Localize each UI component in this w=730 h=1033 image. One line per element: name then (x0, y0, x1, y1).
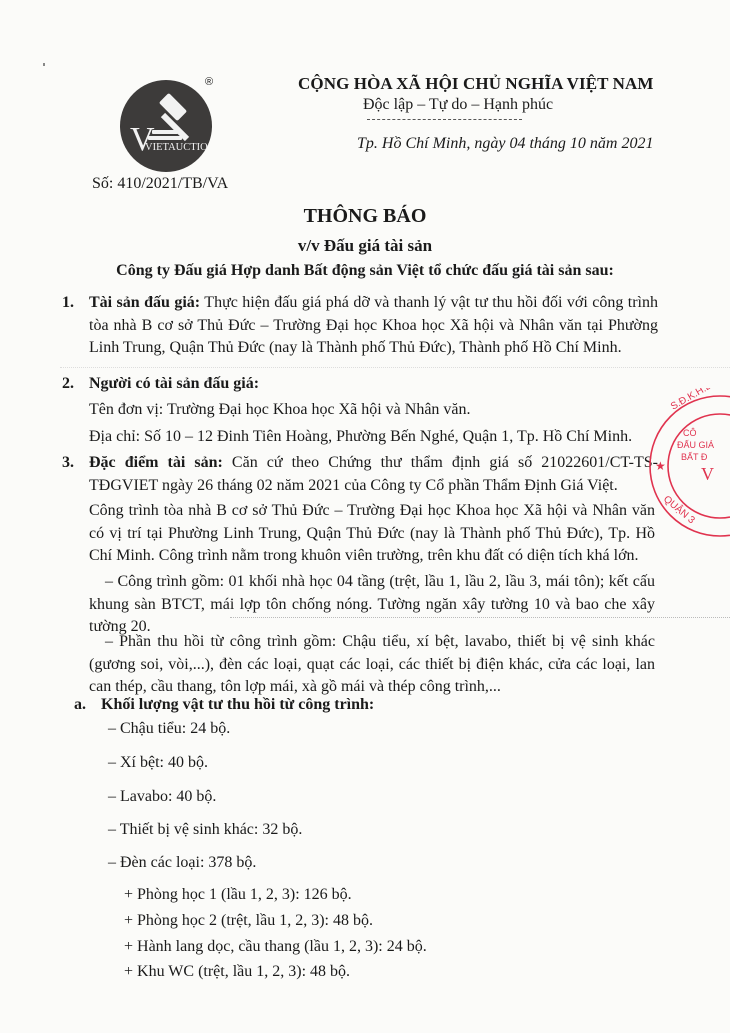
svg-text:VIETAUCTION: VIETAUCTION (145, 142, 212, 153)
section-2: 2. Người có tài sản đấu giá: (62, 373, 658, 396)
svg-text:S.Đ.K.H.Đ: 410: S.Đ.K.H.Đ: 410 (669, 388, 730, 413)
list-item: – Đèn các loại: 378 bộ. (108, 854, 256, 872)
seal-icon: S.Đ.K.H.Đ: 410 CÔ ĐẤU GIÁ BẤT Đ V ★ QUẬN… (645, 388, 730, 538)
owner-address: Địa chỉ: Số 10 – 12 Đinh Tiên Hoàng, Phư… (89, 426, 655, 449)
section-label: Tài sản đấu giá: (89, 294, 200, 311)
property-description: Công trình tòa nhà B cơ sở Thủ Đức – Trư… (89, 500, 655, 568)
scan-artifact (60, 367, 730, 368)
document-intro: Công ty Đấu giá Hợp danh Bất động sản Vi… (0, 262, 730, 280)
scan-speck (43, 63, 45, 66)
national-motto: Độc lập – Tự do – Hạnh phúc (363, 96, 553, 114)
sub-list-item: + Phòng học 2 (trệt, lầu 1, 2, 3): 48 bộ… (124, 912, 373, 930)
registered-mark: ® (205, 76, 213, 88)
motto-divider (367, 119, 522, 120)
sub-list-item: + Hành lang dọc, cầu thang (lầu 1, 2, 3)… (124, 938, 427, 956)
section-number: 3. (62, 452, 74, 475)
sub-list-item: + Khu WC (trệt, lầu 1, 2, 3): 48 bộ. (124, 963, 350, 981)
svg-text:CÔ: CÔ (683, 428, 697, 438)
place-date: Tp. Hồ Chí Minh, ngày 04 tháng 10 năm 20… (357, 135, 653, 153)
section-3: 3. Đặc điểm tài sản: Căn cứ theo Chứng t… (62, 452, 658, 497)
subsection-a: a. Khối lượng vật tư thu hồi từ công trì… (74, 694, 670, 717)
section-label: Người có tài sản đấu giá: (89, 375, 259, 392)
owner-unit-name: Tên đơn vị: Trường Đại học Khoa học Xã h… (89, 399, 655, 422)
subsection-letter: a. (74, 694, 86, 717)
section-number: 2. (62, 373, 74, 396)
scan-artifact (230, 617, 730, 618)
recovery-bullet: – Phần thu hồi từ công trình gồm: Chậu t… (89, 631, 655, 699)
document-number: Số: 410/2021/TB/VA (92, 175, 228, 193)
section-label: Đặc điểm tài sản: (89, 454, 223, 471)
structure-bullet: – Công trình gồm: 01 khối nhà học 04 tần… (89, 571, 655, 639)
company-seal-stamp: S.Đ.K.H.Đ: 410 CÔ ĐẤU GIÁ BẤT Đ V ★ QUẬN… (645, 388, 730, 538)
list-item: – Thiết bị vệ sinh khác: 32 bộ. (108, 821, 302, 839)
svg-text:V: V (701, 464, 714, 484)
list-item: – Lavabo: 40 bộ. (108, 788, 216, 806)
svg-text:★: ★ (655, 459, 666, 473)
section-1: 1. Tài sản đấu giá: Thực hiện đấu giá ph… (62, 292, 658, 360)
section-number: 1. (62, 292, 74, 315)
vietauction-logo: V VIETAUCTION (120, 80, 212, 172)
list-item: – Xí bệt: 40 bộ. (108, 754, 208, 772)
svg-text:BẤT Đ: BẤT Đ (681, 452, 708, 462)
subsection-title: Khối lượng vật tư thu hồi từ công trình: (101, 696, 374, 713)
document-title: THÔNG BÁO (0, 205, 730, 228)
national-title: CỘNG HÒA XÃ HỘI CHỦ NGHĨA VIỆT NAM (298, 74, 654, 94)
sub-list-item: + Phòng học 1 (lầu 1, 2, 3): 126 bộ. (124, 886, 352, 904)
list-item: – Chậu tiểu: 24 bộ. (108, 720, 230, 738)
document-subtitle: v/v Đấu giá tài sản (0, 236, 730, 256)
gavel-icon: V VIETAUCTION (120, 80, 212, 172)
svg-text:ĐẤU GIÁ: ĐẤU GIÁ (677, 440, 714, 450)
